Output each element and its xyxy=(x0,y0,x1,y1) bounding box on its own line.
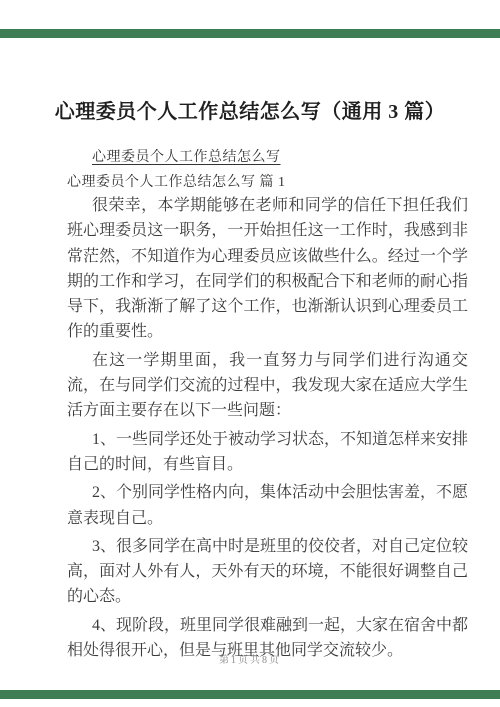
document-body: 很荣幸，本学期能够在老师和同学的信任下担任我们班心理委员这一职务，一开始担任这一… xyxy=(67,193,468,666)
document-link[interactable]: 心理委员个人工作总结怎么写 xyxy=(92,146,281,166)
document-title: 心理委员个人工作总结怎么写（通用 3 篇） xyxy=(0,95,500,124)
section-heading: 心理委员个人工作总结怎么写 篇 1 xyxy=(67,171,286,191)
paragraph: 2、个别同学性格内向，集体活动中会胆怯害羞，不愿意表现自己。 xyxy=(67,480,468,531)
paragraph: 很荣幸，本学期能够在老师和同学的信任下担任我们班心理委员这一职务，一开始担任这一… xyxy=(67,193,468,345)
paragraph: 1、一些同学还处于被动学习状态，不知道怎样来安排自己的时间，有些盲目。 xyxy=(67,427,468,478)
top-accent-bar xyxy=(0,29,500,38)
paragraph: 在这一学期里面，我一直努力与同学们进行沟通交流，在与同学们交流的过程中，我发现大… xyxy=(67,348,468,424)
bottom-accent-bar xyxy=(0,690,500,699)
page-number-indicator: 第1页共8页 xyxy=(0,651,500,666)
document-page: 心理委员个人工作总结怎么写（通用 3 篇） 心理委员个人工作总结怎么写 心理委员… xyxy=(0,0,500,707)
paragraph: 3、很多同学在高中时是班里的佼佼者，对自己定位较高，面对人外有人，天外有天的环境… xyxy=(67,534,468,610)
